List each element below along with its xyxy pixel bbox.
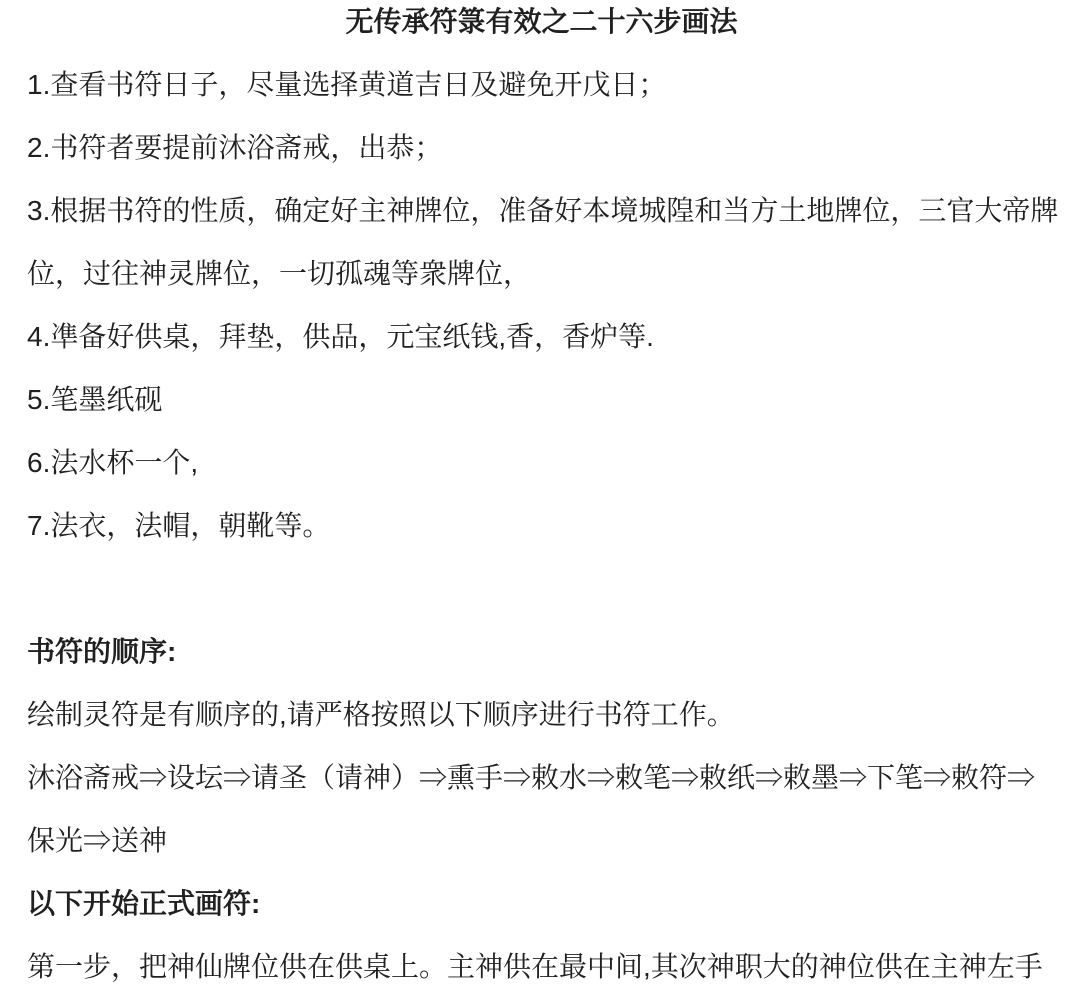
formal-step-one: 第一步，把神仙牌位供在供桌上。主神供在最中间,其次神职大的神位供在主神左手 bbox=[27, 935, 1056, 998]
document-title: 无传承符箓有效之二十六步画法 bbox=[27, 0, 1056, 44]
order-sequence-line-1: 沐浴斋戒⇒设坛⇒请圣（请神）⇒熏手⇒敕水⇒敕笔⇒敕纸⇒敕墨⇒下笔⇒敕符⇒ bbox=[27, 746, 1056, 809]
order-section-intro: 绘制灵符是有顺序的,请严格按照以下顺序进行书符工作。 bbox=[27, 683, 1056, 746]
prep-step-3-line-2: 位，过往神灵牌位，一切孤魂等衆牌位， bbox=[27, 242, 1056, 305]
prep-step-5: 5.笔墨纸砚 bbox=[27, 368, 1056, 431]
prep-step-3-line-1: 3.根据书符的性质，确定好主神牌位，准备好本境城隍和当方土地牌位，三官大帝牌 bbox=[27, 179, 1056, 242]
document-page: 无传承符箓有效之二十六步画法 1.查看书符日子，尽量选择黄道吉日及避免开戊日； … bbox=[0, 0, 1076, 998]
prep-step-2: 2.书符者要提前沐浴斋戒，出恭； bbox=[27, 116, 1056, 179]
prep-step-1: 1.查看书符日子，尽量选择黄道吉日及避免开戊日； bbox=[27, 53, 1056, 116]
order-sequence-line-2: 保光⇒送神 bbox=[27, 809, 1056, 872]
prep-step-6: 6.法水杯一个, bbox=[27, 431, 1056, 494]
prep-step-7: 7.法衣，法帽，朝靴等。 bbox=[27, 494, 1056, 557]
prep-step-4: 4.凖备好供桌，拜垫，供品，元宝纸钱,香，香炉等. bbox=[27, 305, 1056, 368]
formal-section-heading: 以下开始正式画符: bbox=[27, 872, 1056, 935]
order-section-heading: 书符的顺序: bbox=[27, 620, 1056, 683]
blank-line bbox=[27, 557, 1056, 620]
